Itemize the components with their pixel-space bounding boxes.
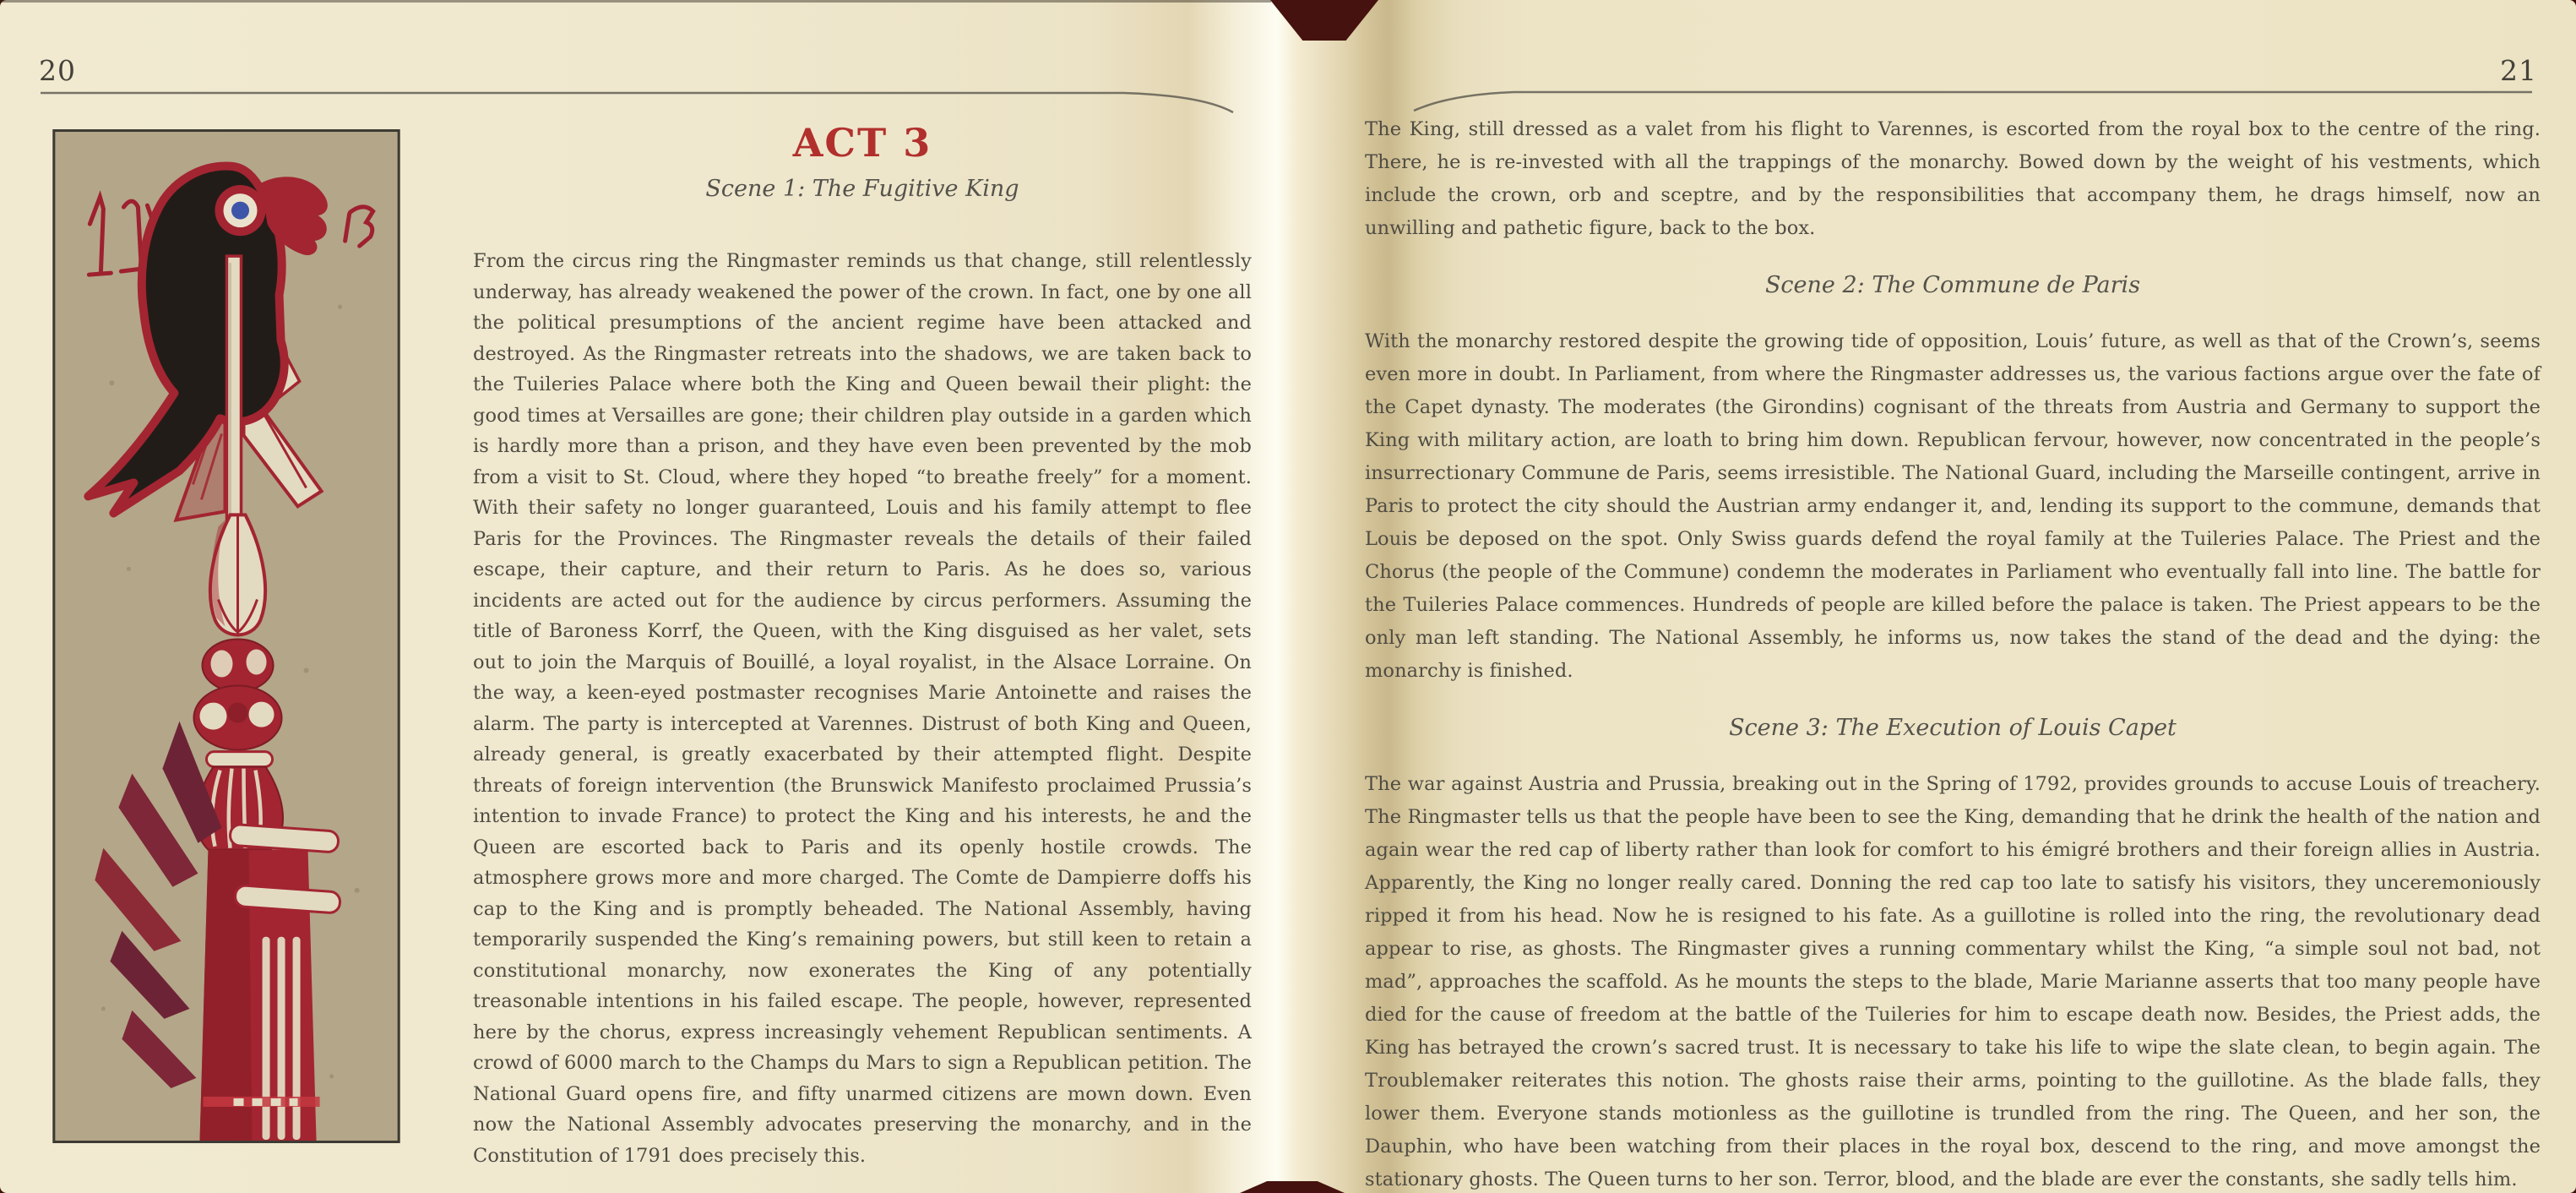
illustration-panel [52, 129, 400, 1143]
scene-2-paragraph: With the monarchy restored despite the g… [1365, 325, 2541, 688]
page-number-left: 20 [39, 54, 76, 87]
scene-3-heading: Scene 3: The Execution of Louis Capet [1365, 715, 2541, 741]
act-title: ACT 3 [473, 120, 1252, 166]
right-page-content: The King, still dressed as a valet from … [1365, 113, 2541, 1193]
act3-scene1-synopsis: From the circus ring the Ringmaster remi… [473, 246, 1252, 1171]
scene-3-paragraph: The war against Austria and Prussia, bre… [1365, 768, 2541, 1193]
left-page-content: ACT 3 Scene 1: The Fugitive King From th… [473, 120, 1252, 1171]
page-top-edge [0, 0, 1271, 3]
scene-1-heading: Scene 1: The Fugitive King [473, 176, 1252, 202]
scene-2-heading: Scene 2: The Commune de Paris [1365, 272, 2541, 298]
kings-return-paragraph: The King, still dressed as a valet from … [1365, 113, 2541, 245]
base-marks [203, 1097, 319, 1107]
bird-on-spire-illustration [52, 129, 400, 1143]
book-spread: 20 21 [0, 0, 2576, 1193]
page-number-right: 21 [2490, 54, 2537, 87]
